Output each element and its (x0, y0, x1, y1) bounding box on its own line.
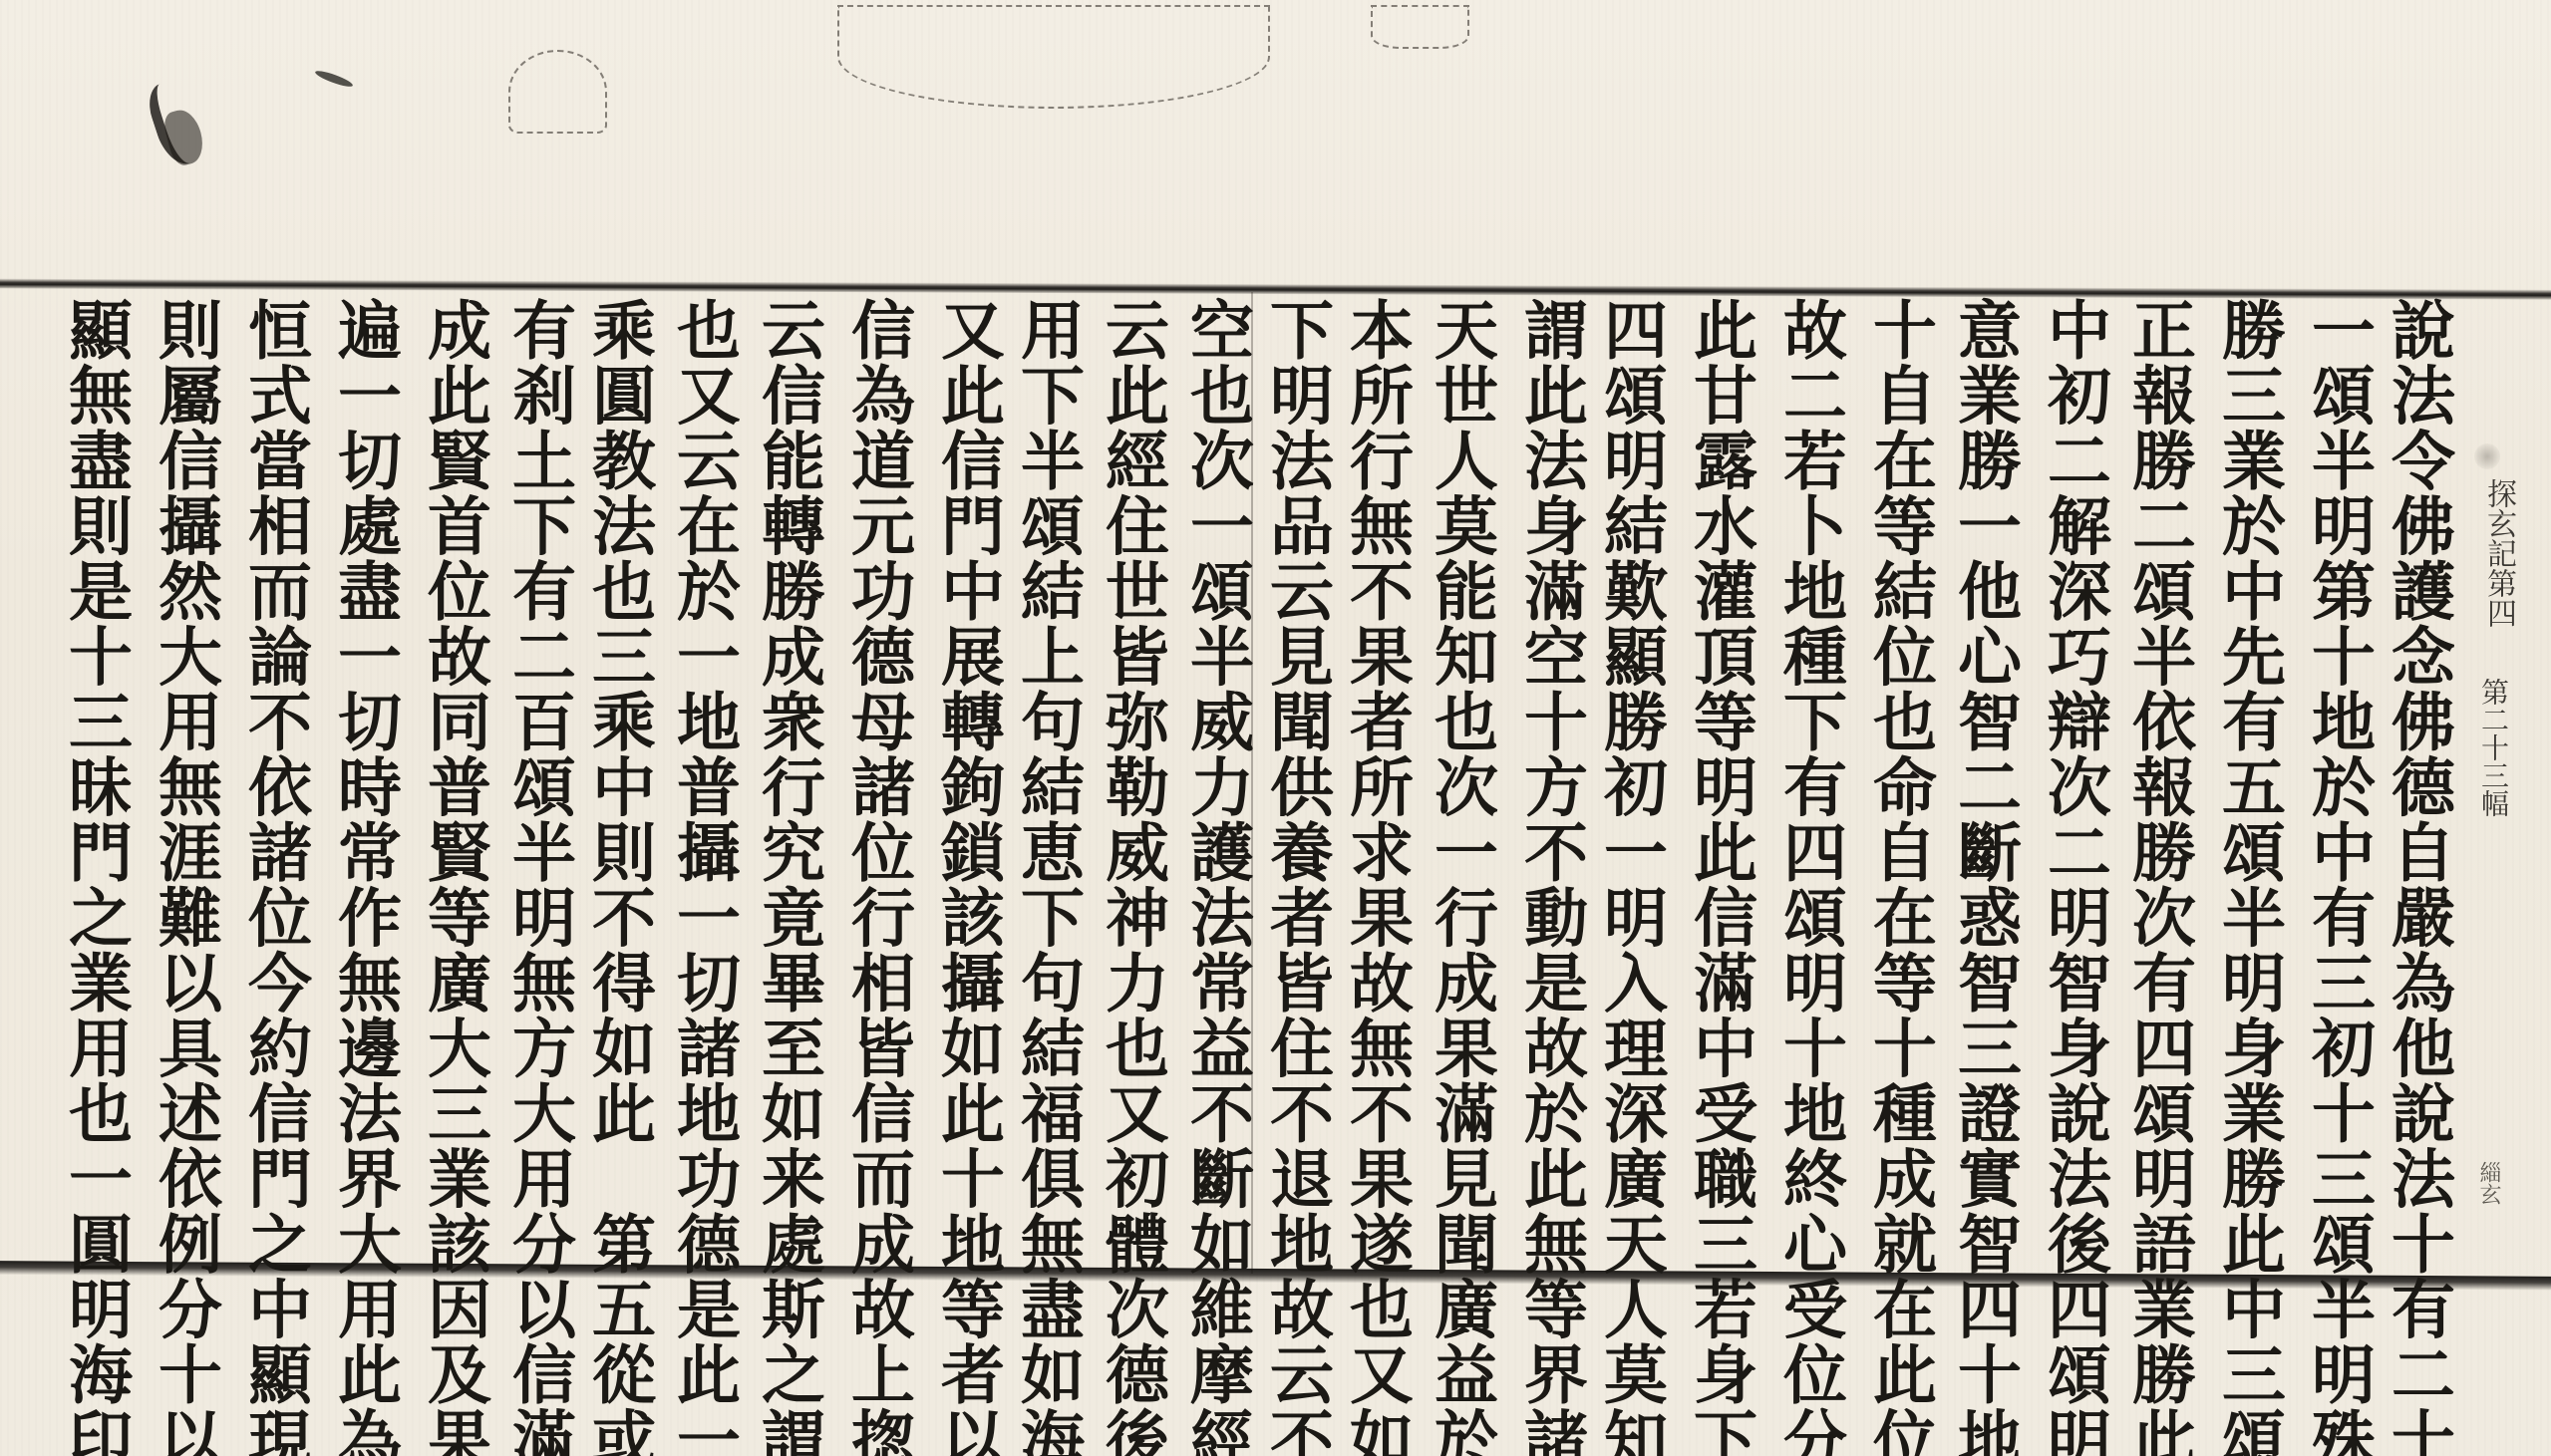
main-text-block: 說法令佛護念佛德自嚴為他說法十有二十 一頌半明第十地於中有三初十三頌半明殊 勝三… (0, 297, 2551, 1269)
text-column-3: 勝三業於中先有五頌半明身業勝此中三頌 (2210, 297, 2286, 1269)
text-column-24: 成此賢首位故同普賢等廣大三業該因及果 (416, 297, 491, 1269)
text-column-16: 云此經住世皆弥勒威神力也又初體次德後 (1094, 297, 1169, 1269)
text-column-8: 故二若卜地種下有四頌明十地終心受位分 (1771, 297, 1847, 1269)
text-column-5: 中初二解深巧辯次二明智身說法後四頌明 (2036, 297, 2111, 1269)
text-column-25: 遍一切處盡一切時常作無邊法界大用此為 (326, 297, 402, 1269)
text-column-4: 正報勝二頌半依報勝次有四頌明語業勝此 (2120, 297, 2196, 1269)
text-column-13: 本所行無不果者所求果故無不果遂也又如 (1338, 297, 1414, 1269)
text-column-10: 四頌明結歎顯勝初一明入理深廣天人莫知 (1592, 297, 1668, 1269)
ink-smudge (837, 5, 1270, 109)
text-column-28: 顯無盡則是十三昧門之業用也一圓明海印 (57, 297, 133, 1269)
text-column-12: 天世人莫能知也次一行成果滿見聞廣益於 (1423, 297, 1498, 1269)
document-page: 探玄記第四 第二十三幅 緇玄 說法令佛護念佛德自嚴為他說法十有二十 一頌半明第十… (0, 0, 2551, 1456)
ink-smudge (508, 50, 607, 134)
text-column-2: 一頌半明第十地於中有三初十三頌半明殊 (2300, 297, 2376, 1269)
text-column-27: 則屬信攝然大用無涯難以具述依例分十以 (147, 297, 222, 1269)
text-column-19: 信為道元功德母諸位行相皆信而成故上揔 (839, 297, 915, 1269)
text-column-11: 謂此法身滿空十方不動是故於此無等界諸 (1512, 297, 1588, 1269)
text-column-1: 說法令佛護念佛德自嚴為他說法十有二十 (2380, 297, 2455, 1269)
ink-smudge (314, 68, 354, 89)
text-column-14: 下明法品云見聞供養者皆住不退地故云不 (1258, 297, 1334, 1269)
text-column-9: 此甘露水灌頂等明此信滿中受職三若身下 (1682, 297, 1757, 1269)
text-column-15: 空也次一頌半威力護法常益不斷如維摩經 (1178, 297, 1254, 1269)
text-column-17: 用下半頌結上句結恵下句結福俱無盡如海 (1009, 297, 1085, 1269)
text-column-22: 乘圓教法也三乘中則不得如此 第五從或 (580, 297, 656, 1269)
text-column-20: 云信能轉勝成衆行究竟畢至如来處斯之謂 (750, 297, 825, 1269)
text-column-18: 又此信門中展轉鉤鎖該攝如此十地等者以 (929, 297, 1005, 1269)
text-column-26: 恒式當相而論不依諸位今約信門之中顯現 (236, 297, 312, 1269)
text-column-23: 有刹土下有二百頌半明無方大用分以信滿 (500, 297, 576, 1269)
ink-smudge (1371, 5, 1469, 49)
text-column-6: 意業勝一他心智二斷惑智三證實智四十地 (1946, 297, 2022, 1269)
text-column-7: 十自在等結位也命自在等十種成就在此位 (1861, 297, 1937, 1269)
text-column-21: 也又云在於一地普攝一切諸地功德是此一 (665, 297, 741, 1269)
